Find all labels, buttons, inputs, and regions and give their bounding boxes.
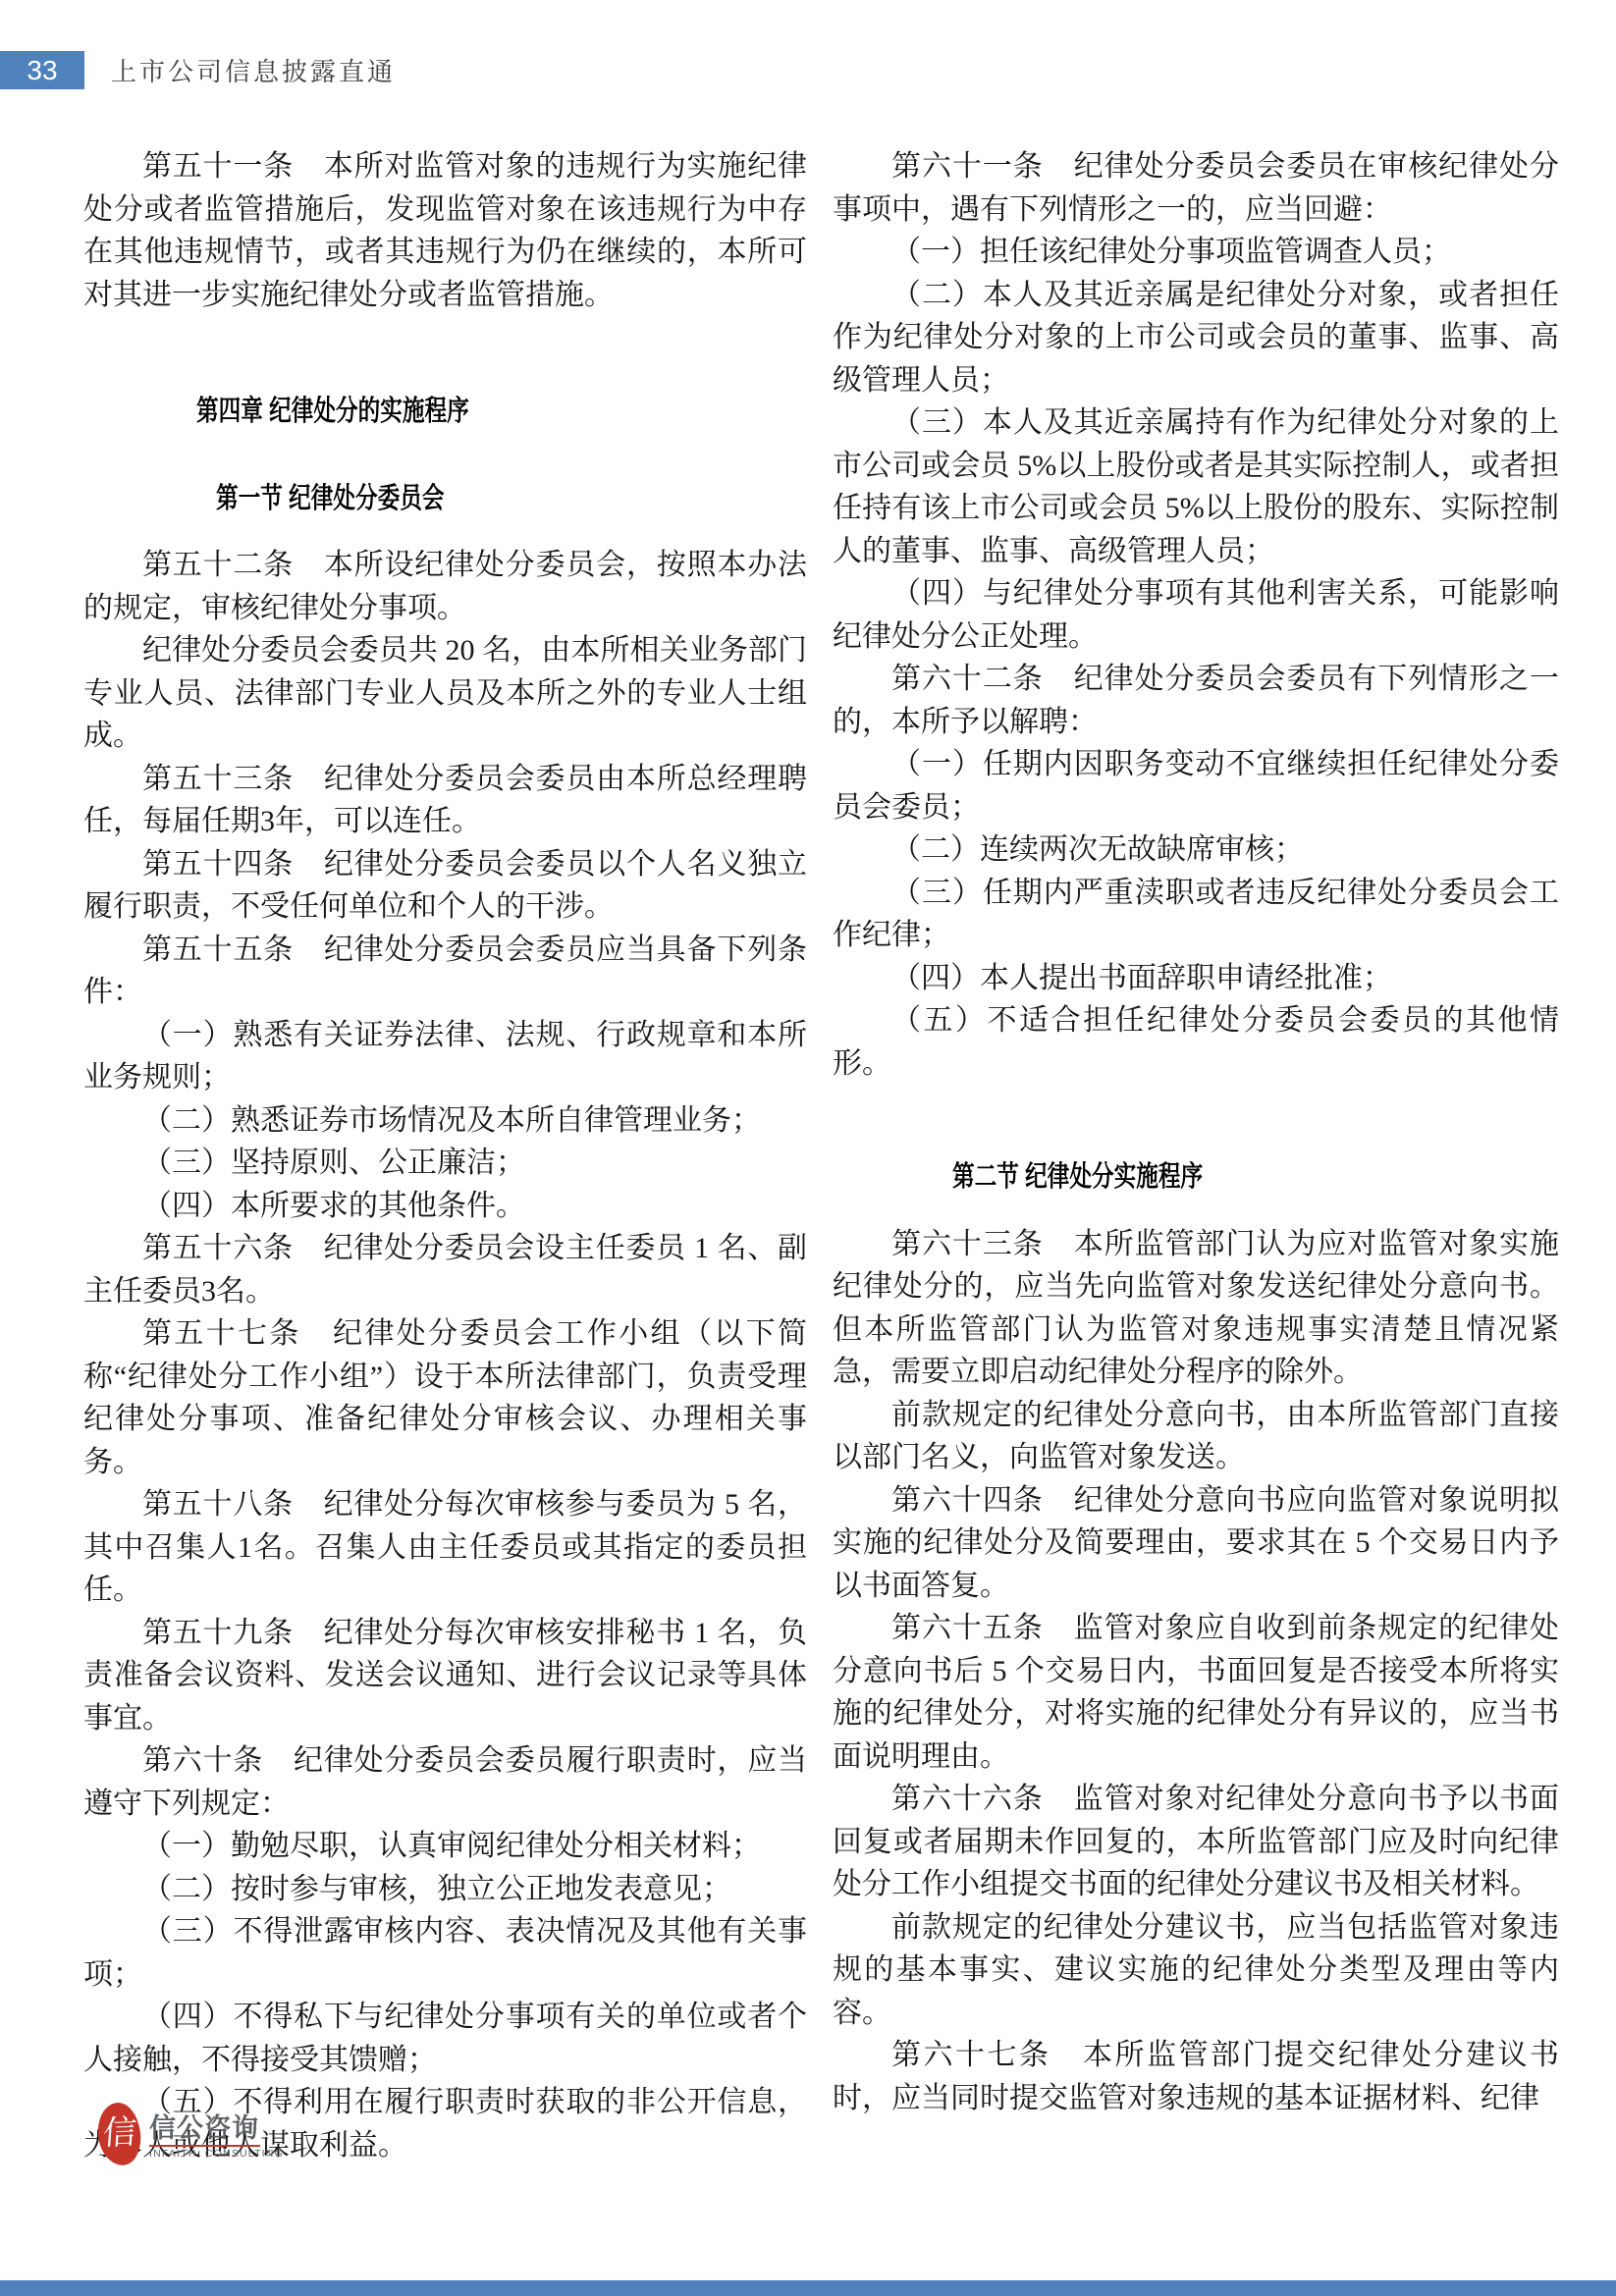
article-paragraph: （一）担任该纪律处分事项监管调查人员； (833, 231, 1559, 274)
article-paragraph: （四）不得私下与纪律处分事项有关的单位或者个人接触，不得接受其馈赠； (83, 1996, 807, 2081)
page-number-badge: 33 (0, 51, 84, 89)
logo-name-cn: 信公咨询 (149, 2114, 284, 2143)
article-paragraph: 第六十三条 本所监管部门认为应对监管对象实施纪律处分的，应当先向监管对象发送纪律… (833, 1223, 1559, 1394)
article-paragraph: 前款规定的纪律处分意向书，由本所监管部门直接以部门名义，向监管对象发送。 (833, 1394, 1559, 1479)
article-paragraph: （四）本人提出书面辞职申请经批准； (833, 957, 1559, 1000)
article-paragraph: （二）按时参与审核，独立公正地发表意见； (83, 1868, 807, 1911)
article-paragraph: 第五十七条 纪律处分委员会工作小组（以下简称“纪律处分工作小组”）设于本所法律部… (83, 1312, 807, 1483)
chapter-heading: 第四章 纪律处分的实施程序 (196, 391, 807, 434)
article-paragraph: （二）本人及其近亲属是纪律处分对象，或者担任作为纪律处分对象的上市公司或会员的董… (833, 274, 1559, 402)
logo-text-block: 信公咨询 INFAITH CONSULTING (149, 2103, 284, 2160)
article-paragraph: 第五十四条 纪律处分委员会委员以个人名义独立履行职责，不受任何单位和个人的干涉。 (83, 843, 807, 929)
article-paragraph: 纪律处分委员会委员共 20 名，由本所相关业务部门专业人员、法律部门专业人员及本… (83, 629, 807, 758)
article-paragraph: （一）熟悉有关证券法律、法规、行政规章和本所业务规则； (83, 1014, 807, 1099)
article-paragraph: （三）本人及其近亲属持有作为纪律处分对象的上市公司或会员 5%以上股份或者是其实… (833, 401, 1559, 572)
article-paragraph: （三）坚持原则、公正廉洁； (83, 1142, 807, 1185)
article-paragraph: 第六十条 纪律处分委员会委员履行职责时，应当遵守下列规定： (83, 1739, 807, 1825)
article-paragraph: 第六十七条 本所监管部门提交纪律处分建议书时，应当同时提交监管对象违规的基本证据… (833, 2034, 1559, 2119)
article-paragraph: （一）任期内因职务变动不宜继续担任纪律处分委员会委员； (833, 743, 1559, 828)
article-paragraph: 第六十四条 纪律处分意向书应向监管对象说明拟实施的纪律处分及简要理由，要求其在 … (833, 1479, 1559, 1608)
article-paragraph: （一）勤勉尽职，认真审阅纪律处分相关材料； (83, 1825, 807, 1868)
infaith-logo: 信 信公咨询 INFAITH CONSULTING (98, 2103, 284, 2165)
article-paragraph: 第五十二条 本所设纪律处分委员会，按照本办法的规定，审核纪律处分事项。 (83, 544, 807, 629)
right-column: 第六十一条 纪律处分委员会委员在审核纪律处分事项中，遇有下列情形之一的，应当回避… (833, 145, 1559, 2119)
logo-seal-icon: 信 (95, 2101, 143, 2167)
article-paragraph: （三）任期内严重渎职或者违反纪律处分委员会工作纪律； (833, 872, 1559, 957)
footer-accent-bar (0, 2280, 1616, 2296)
article-paragraph: 第六十五条 监管对象应自收到前条规定的纪律处分意向书后 5 个交易日内，书面回复… (833, 1607, 1559, 1778)
header-title: 上市公司信息披露直通 (111, 52, 396, 88)
article-paragraph: 第五十八条 纪律处分每次审核参与委员为 5 名，其中召集人1名。召集人由主任委员… (83, 1483, 807, 1612)
article-paragraph: 第五十六条 纪律处分委员会设主任委员 1 名、副主任委员3名。 (83, 1227, 807, 1312)
article-paragraph: 前款规定的纪律处分建议书，应当包括监管对象违规的基本事实、建议实施的纪律处分类型… (833, 1906, 1559, 2035)
article-paragraph: 第六十一条 纪律处分委员会委员在审核纪律处分事项中，遇有下列情形之一的，应当回避… (833, 145, 1559, 231)
article-paragraph: 第五十九条 纪律处分每次审核安排秘书 1 名，负责准备会议资料、发送会议通知、进… (83, 1612, 807, 1740)
article-paragraph: （四）与纪律处分事项有其他利害关系，可能影响纪律处分公正处理。 (833, 572, 1559, 658)
article-paragraph: （二）熟悉证券市场情况及本所自律管理业务； (83, 1099, 807, 1143)
article-paragraph: 第六十六条 监管对象对纪律处分意向书予以书面回复或者届期未作回复的，本所监管部门… (833, 1778, 1559, 1906)
article-paragraph: （二）连续两次无故缺席审核； (833, 828, 1559, 872)
article-paragraph: 第五十一条 本所对监管对象的违规行为实施纪律处分或者监管措施后，发现监管对象在该… (83, 145, 807, 316)
two-column-body: 第五十一条 本所对监管对象的违规行为实施纪律处分或者监管措施后，发现监管对象在该… (83, 145, 1559, 2166)
section-heading: 第一节 纪律处分委员会 (216, 478, 807, 521)
logo-name-en: INFAITH CONSULTING (149, 2148, 284, 2160)
article-paragraph: （三）不得泄露审核内容、表决情况及其他有关事项； (83, 1910, 807, 1996)
article-paragraph: 第六十二条 纪律处分委员会委员有下列情形之一的，本所予以解聘： (833, 658, 1559, 743)
logo-seal-character: 信 (101, 2116, 136, 2151)
article-paragraph: 第五十五条 纪律处分委员会委员应当具备下列条件： (83, 929, 807, 1014)
document-page: 33 上市公司信息披露直通 第五十一条 本所对监管对象的违规行为实施纪律处分或者… (0, 0, 1616, 2296)
article-paragraph: （五）不适合担任纪律处分委员会委员的其他情形。 (833, 999, 1559, 1085)
logo-divider (149, 2145, 260, 2147)
section-heading: 第二节 纪律处分实施程序 (952, 1156, 1559, 1200)
article-paragraph: 第五十三条 纪律处分委员会委员由本所总经理聘任，每届任期3年，可以连任。 (83, 758, 807, 843)
article-paragraph: （四）本所要求的其他条件。 (83, 1185, 807, 1228)
left-column: 第五十一条 本所对监管对象的违规行为实施纪律处分或者监管措施后，发现监管对象在该… (83, 145, 807, 2166)
page-header: 33 上市公司信息披露直通 (0, 51, 396, 89)
